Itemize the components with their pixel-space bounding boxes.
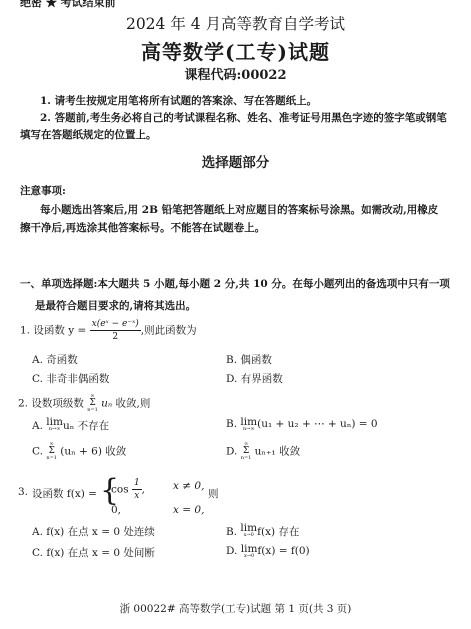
page-footer: 浙 00022# 高等数学(工专)试题 第 1 页(共 3 页): [0, 601, 471, 616]
summation: ∞Σn=1: [46, 441, 57, 462]
notes-line-2: 擦干净后,再选涂其他答案标号。不能答在试题卷上。: [20, 220, 265, 235]
question-2-option-a: A. limn→∞uₙ 不存在: [32, 418, 109, 433]
question-2-stem: 2. 设数项级数 ∞Σn=1 uₙ 收敛,则: [18, 393, 150, 414]
notes-line-1: 每小题选出答案后,用 2B 铅笔把答题纸上对应题目的答案标号涂黑。如需改动,用橡…: [40, 202, 438, 217]
limit-operator: limn→∞: [240, 418, 257, 432]
question-number: 2.: [18, 398, 28, 410]
question-3-option-b: B. limx→0f(x) 存在: [226, 524, 299, 539]
question-1-option-d: D. 有界函数: [226, 371, 283, 386]
exam-title: 2024 年 4 月高等教育自学考试: [0, 12, 471, 34]
question-1-option-a: A. 奇函数: [32, 352, 78, 367]
section-title: 选择题部分: [0, 151, 471, 171]
instruction-2-cont: 填写在答题纸规定的位置上。: [20, 127, 157, 142]
question-1-option-c: C. 非奇非偶函数: [32, 371, 109, 386]
fraction: x(eˣ − e⁻ˣ) 2: [90, 318, 141, 343]
paper-title: 高等数学(工专)试题: [0, 36, 471, 65]
summation: ∞Σn=1: [87, 393, 98, 414]
question-2-option-d: D. ∞Σn=1 uₙ₊₁ 收敛: [226, 441, 300, 462]
question-3-option-d: D. limx→0f(x) = f(0): [226, 545, 310, 559]
question-number: 1.: [20, 325, 30, 337]
instruction-1: 1. 请考生按规定用笔将所有试题的答案涂、写在答题纸上。: [40, 93, 317, 108]
question-2-option-b: B. limn→∞(u₁ + u₂ + ⋯ + uₙ) = 0: [226, 418, 378, 432]
case-2-condition: x = 0,: [173, 504, 204, 516]
question-3-option-c: C. f(x) 在点 x = 0 处间断: [32, 545, 155, 560]
question-3-option-a: A. f(x) 在点 x = 0 处连续: [32, 524, 155, 539]
instruction-2: 2. 答题前,考生务必将自己的考试课程名称、姓名、准考证号用黑色字迹的签字笔或钢…: [40, 110, 447, 125]
notes-label: 注意事项:: [20, 183, 66, 198]
part-one-heading: 一、单项选择题:本大题共 5 小题,每小题 2 分,共 10 分。在每小题列出的…: [20, 276, 450, 291]
question-2-option-c: C. ∞Σn=1 (uₙ + 6) 收敛: [32, 441, 126, 462]
question-1-option-b: B. 偶函数: [226, 352, 272, 367]
limit-operator: limn→∞: [46, 418, 63, 432]
limit-operator: limx→0: [241, 545, 258, 559]
case-1-condition: x ≠ 0,: [173, 480, 204, 492]
question-1-stem: 1. 设函数 y = x(eˣ − e⁻ˣ) 2 ,则此函数为: [20, 318, 197, 343]
case-1: cos 1x,: [111, 477, 145, 502]
case-2: 0,: [111, 504, 121, 516]
part-one-heading-cont: 是最符合题目要求的,请将其选出。: [35, 298, 196, 313]
summation: ∞Σn=1: [241, 441, 252, 462]
limit-operator: limx→0: [240, 524, 257, 538]
confidential-label: 绝密 ★ 考试结束前: [20, 0, 116, 10]
course-code: 课程代码:00022: [0, 64, 471, 83]
